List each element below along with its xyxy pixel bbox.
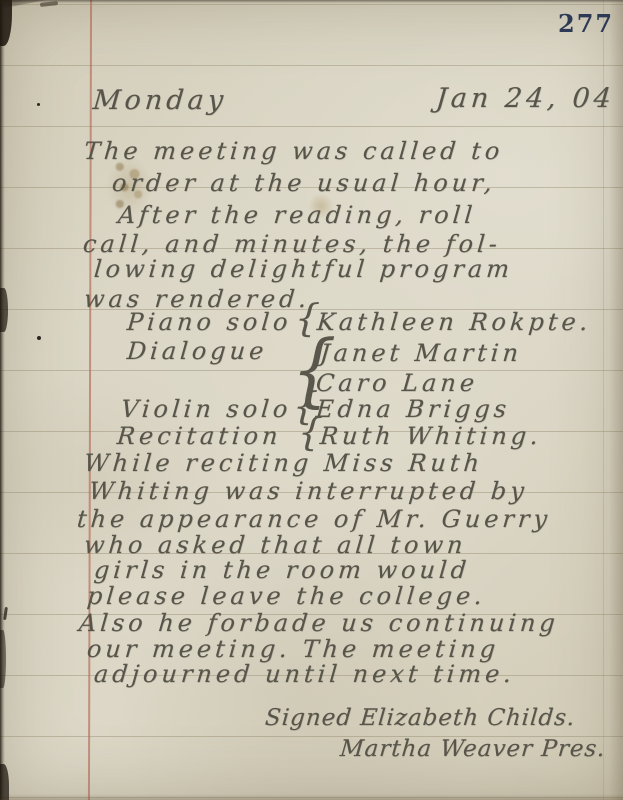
handwritten-line: girls in the room would bbox=[93, 557, 471, 583]
scan-edge-dash bbox=[40, 1, 58, 7]
program-name: Caro Lane bbox=[315, 370, 479, 396]
handwritten-line: Also he forbade us continuing bbox=[78, 610, 560, 636]
handwritten-line: The meeting was called to bbox=[83, 138, 505, 164]
handwritten-line: adjourned until next time. bbox=[93, 661, 516, 687]
scan-edge-blob bbox=[0, 630, 6, 688]
program-name: Kathleen Rokpte. bbox=[316, 309, 593, 335]
entry-date: Jan 24, 04 bbox=[435, 84, 616, 114]
handwritten-line: Whiting was interrupted by bbox=[88, 478, 529, 504]
scan-edge-blob bbox=[0, 288, 8, 332]
program-label: Violin solo bbox=[120, 396, 293, 422]
entry-day: Monday bbox=[92, 86, 229, 116]
signature-line: Martha Weaver Pres. bbox=[339, 737, 607, 762]
right-margin-line bbox=[603, 0, 604, 800]
ink-speck bbox=[3, 607, 8, 620]
minute-book-page: 277 Monday Jan 24, 04 The meeting was ca… bbox=[0, 0, 623, 800]
handwritten-line: After the reading, roll bbox=[117, 202, 477, 228]
page-number: 277 bbox=[558, 9, 614, 38]
red-margin-line bbox=[88, 0, 92, 800]
program-label: Dialogue bbox=[126, 338, 269, 364]
program-label: Piano solo bbox=[126, 309, 293, 335]
handwritten-line: the appearance of Mr. Guerry bbox=[76, 506, 552, 532]
signature-line: Signed Elizabeth Childs. bbox=[264, 706, 577, 731]
program-name: Edna Briggs bbox=[315, 396, 511, 422]
scan-edge-right bbox=[609, 0, 623, 800]
handwritten-line: our meeting. The meeting bbox=[86, 636, 500, 662]
program-name: Ruth Whiting. bbox=[319, 423, 543, 449]
handwritten-line: please leave the college. bbox=[86, 583, 487, 609]
program-label: Recitation bbox=[116, 423, 283, 449]
handwritten-line: While reciting Miss Ruth bbox=[83, 450, 484, 476]
handwritten-line: who asked that all town bbox=[83, 532, 468, 558]
handwritten-line: lowing delightful program bbox=[93, 256, 514, 282]
scan-edge-bottom bbox=[0, 794, 623, 800]
handwritten-line: call, and minutes, the fol- bbox=[82, 231, 502, 257]
handwritten-line: order at the usual hour, bbox=[111, 170, 497, 196]
ink-speck bbox=[37, 103, 40, 106]
program-name: Janet Martin bbox=[319, 340, 523, 366]
scan-edge-top bbox=[0, 0, 623, 3]
ink-speck bbox=[37, 336, 41, 340]
